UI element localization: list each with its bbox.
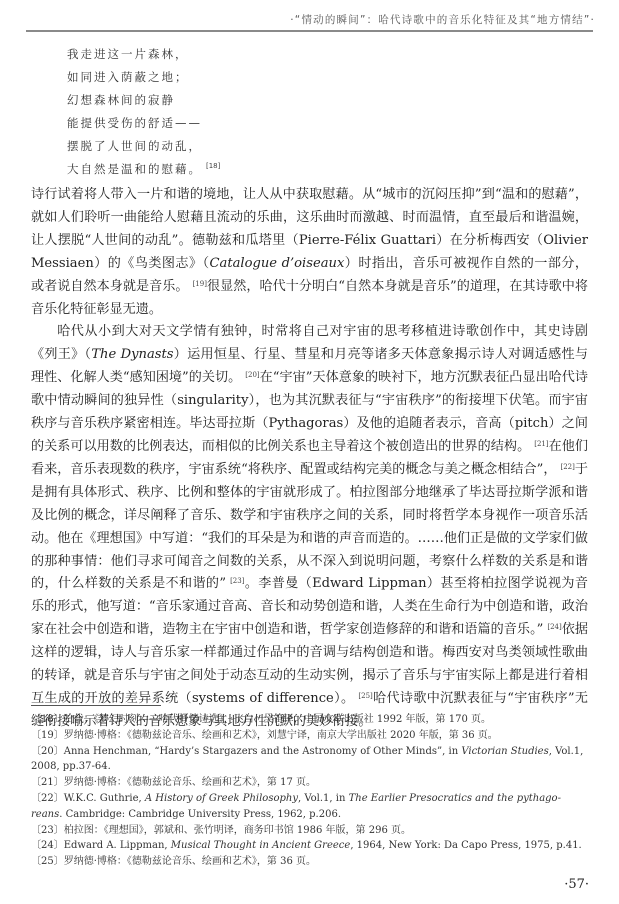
text: 于是拥有具体形式、秩序、比例和整体的宇宙就形成了。柏拉图部分地继承了毕达哥拉斯学… [31, 462, 588, 592]
footnote-text: 罗纳德·博格：《德勒兹论音乐、绘画和艺术》，第 36 页。 [64, 856, 316, 867]
footnote-rule [31, 705, 161, 706]
footnote-number: 〔18〕 [31, 714, 64, 725]
citation-ref[interactable]: [24] [547, 623, 561, 631]
footnote-text: W.K.C. Guthrie, [64, 793, 145, 804]
footnote-text: 罗纳德·博格：《德勒兹论音乐、绘画和艺术》，刘慧宁译，南京大学出版社 2020 … [64, 730, 498, 741]
header-rule [26, 30, 593, 32]
footnote-text: . Cambridge: Cambridge University Press,… [59, 809, 341, 820]
footnote-23: 〔23〕柏拉图：《理想国》，郭斌和、张竹明译，商务印书馆 1986 年版，第 2… [31, 823, 588, 839]
poem-line: 大自然是温和的慰藉。[18] [67, 158, 220, 181]
body-text: 诗行试着将人带入一片和谐的境地，让人从中获取慰藉。从“城市的沉闷压抑”到“温和的… [31, 184, 588, 734]
poem-line: 能提供受伤的舒适—— [67, 112, 220, 135]
footnotes: 〔18〕哈代：《梦幻时刻——哈代抒情诗选》，飞白、吴笛译，中国文联出版社 199… [31, 712, 588, 870]
italic-title: The Dynasts [91, 347, 173, 362]
footnote-19: 〔19〕罗纳德·博格：《德勒兹论音乐、绘画和艺术》，刘慧宁译，南京大学出版社 2… [31, 728, 588, 744]
footnote-20: 〔20〕Anna Henchman, “Hardy’s Stargazers a… [31, 744, 588, 776]
poem-quotation: 我走进这一片森林， 如同进入荫蔽之地； 幻想森林间的寂静 能提供受伤的舒适—— … [67, 43, 220, 181]
footnote-24: 〔24〕Edward A. Lippman, Musical Thought i… [31, 838, 588, 854]
citation-ref[interactable]: [22] [561, 463, 575, 471]
footnote-text: Edward A. Lippman, [64, 840, 171, 851]
poem-line-text: 大自然是温和的慰藉。 [67, 162, 202, 176]
poem-line: 摆脱了人世间的动乱， [67, 135, 220, 158]
footnote-number: 〔21〕 [31, 777, 64, 788]
citation-ref[interactable]: [18] [206, 162, 220, 170]
footnote-number: 〔23〕 [31, 825, 64, 836]
footnote-number: 〔19〕 [31, 730, 64, 741]
footnote-22: 〔22〕W.K.C. Guthrie, A History of Greek P… [31, 791, 588, 823]
citation-ref[interactable]: [23] [230, 577, 244, 585]
footnote-text: 柏拉图：《理想国》，郭斌和、张竹明译，商务印书馆 1986 年版，第 296 页… [64, 825, 411, 836]
poem-line: 如同进入荫蔽之地； [67, 66, 220, 89]
footnote-number: 〔20〕 [31, 746, 64, 757]
citation-ref[interactable]: [19] [193, 280, 207, 288]
paragraph: 诗行试着将人带入一片和谐的境地，让人从中获取慰藉。从“城市的沉闷压抑”到“温和的… [31, 184, 588, 321]
footnote-text: , Vol.1, in [298, 793, 349, 804]
footnote-text: , 1964, New York: Da Capo Press, 1975, p… [350, 840, 581, 851]
poem-line: 我走进这一片森林， [67, 43, 220, 66]
footnote-number: 〔24〕 [31, 840, 64, 851]
citation-ref[interactable]: [21] [534, 440, 548, 448]
poem-line: 幻想森林间的寂静 [67, 89, 220, 112]
footnote-text: 哈代：《梦幻时刻——哈代抒情诗选》，飞白、吴笛译，中国文联出版社 1992 年版… [64, 714, 491, 725]
footnote-text: 罗纳德·博格：《德勒兹论音乐、绘画和艺术》，第 17 页。 [64, 777, 316, 788]
italic-title: Catalogue d’oiseaux [210, 256, 345, 271]
citation-ref[interactable]: [25] [358, 692, 372, 700]
footnote-book-title: A History of Greek Philosophy [145, 793, 298, 804]
citation-ref[interactable]: [20] [245, 371, 259, 379]
footnote-25: 〔25〕罗纳德·博格：《德勒兹论音乐、绘画和艺术》，第 36 页。 [31, 854, 588, 870]
footnote-text: Anna Henchman, “Hardy’s Stargazers and t… [64, 746, 462, 757]
footnote-18: 〔18〕哈代：《梦幻时刻——哈代抒情诗选》，飞白、吴笛译，中国文联出版社 199… [31, 712, 588, 728]
footnote-book-title: Musical Thought in Ancient Greece [171, 840, 351, 851]
footnote-21: 〔21〕罗纳德·博格：《德勒兹论音乐、绘画和艺术》，第 17 页。 [31, 775, 588, 791]
footnote-number: 〔25〕 [31, 856, 64, 867]
page-number: ·57· [564, 877, 589, 892]
running-head: ·“情动的瞬间”：哈代诗歌中的音乐化特征及其“地方情结”· [290, 12, 595, 27]
paragraph: 哈代从小到大对天文学情有独钟，时常将自己对宇宙的思考移植进诗歌创作中，其史诗剧《… [31, 321, 588, 733]
footnote-journal: Victorian Studies [461, 746, 548, 757]
footnote-number: 〔22〕 [31, 793, 64, 804]
